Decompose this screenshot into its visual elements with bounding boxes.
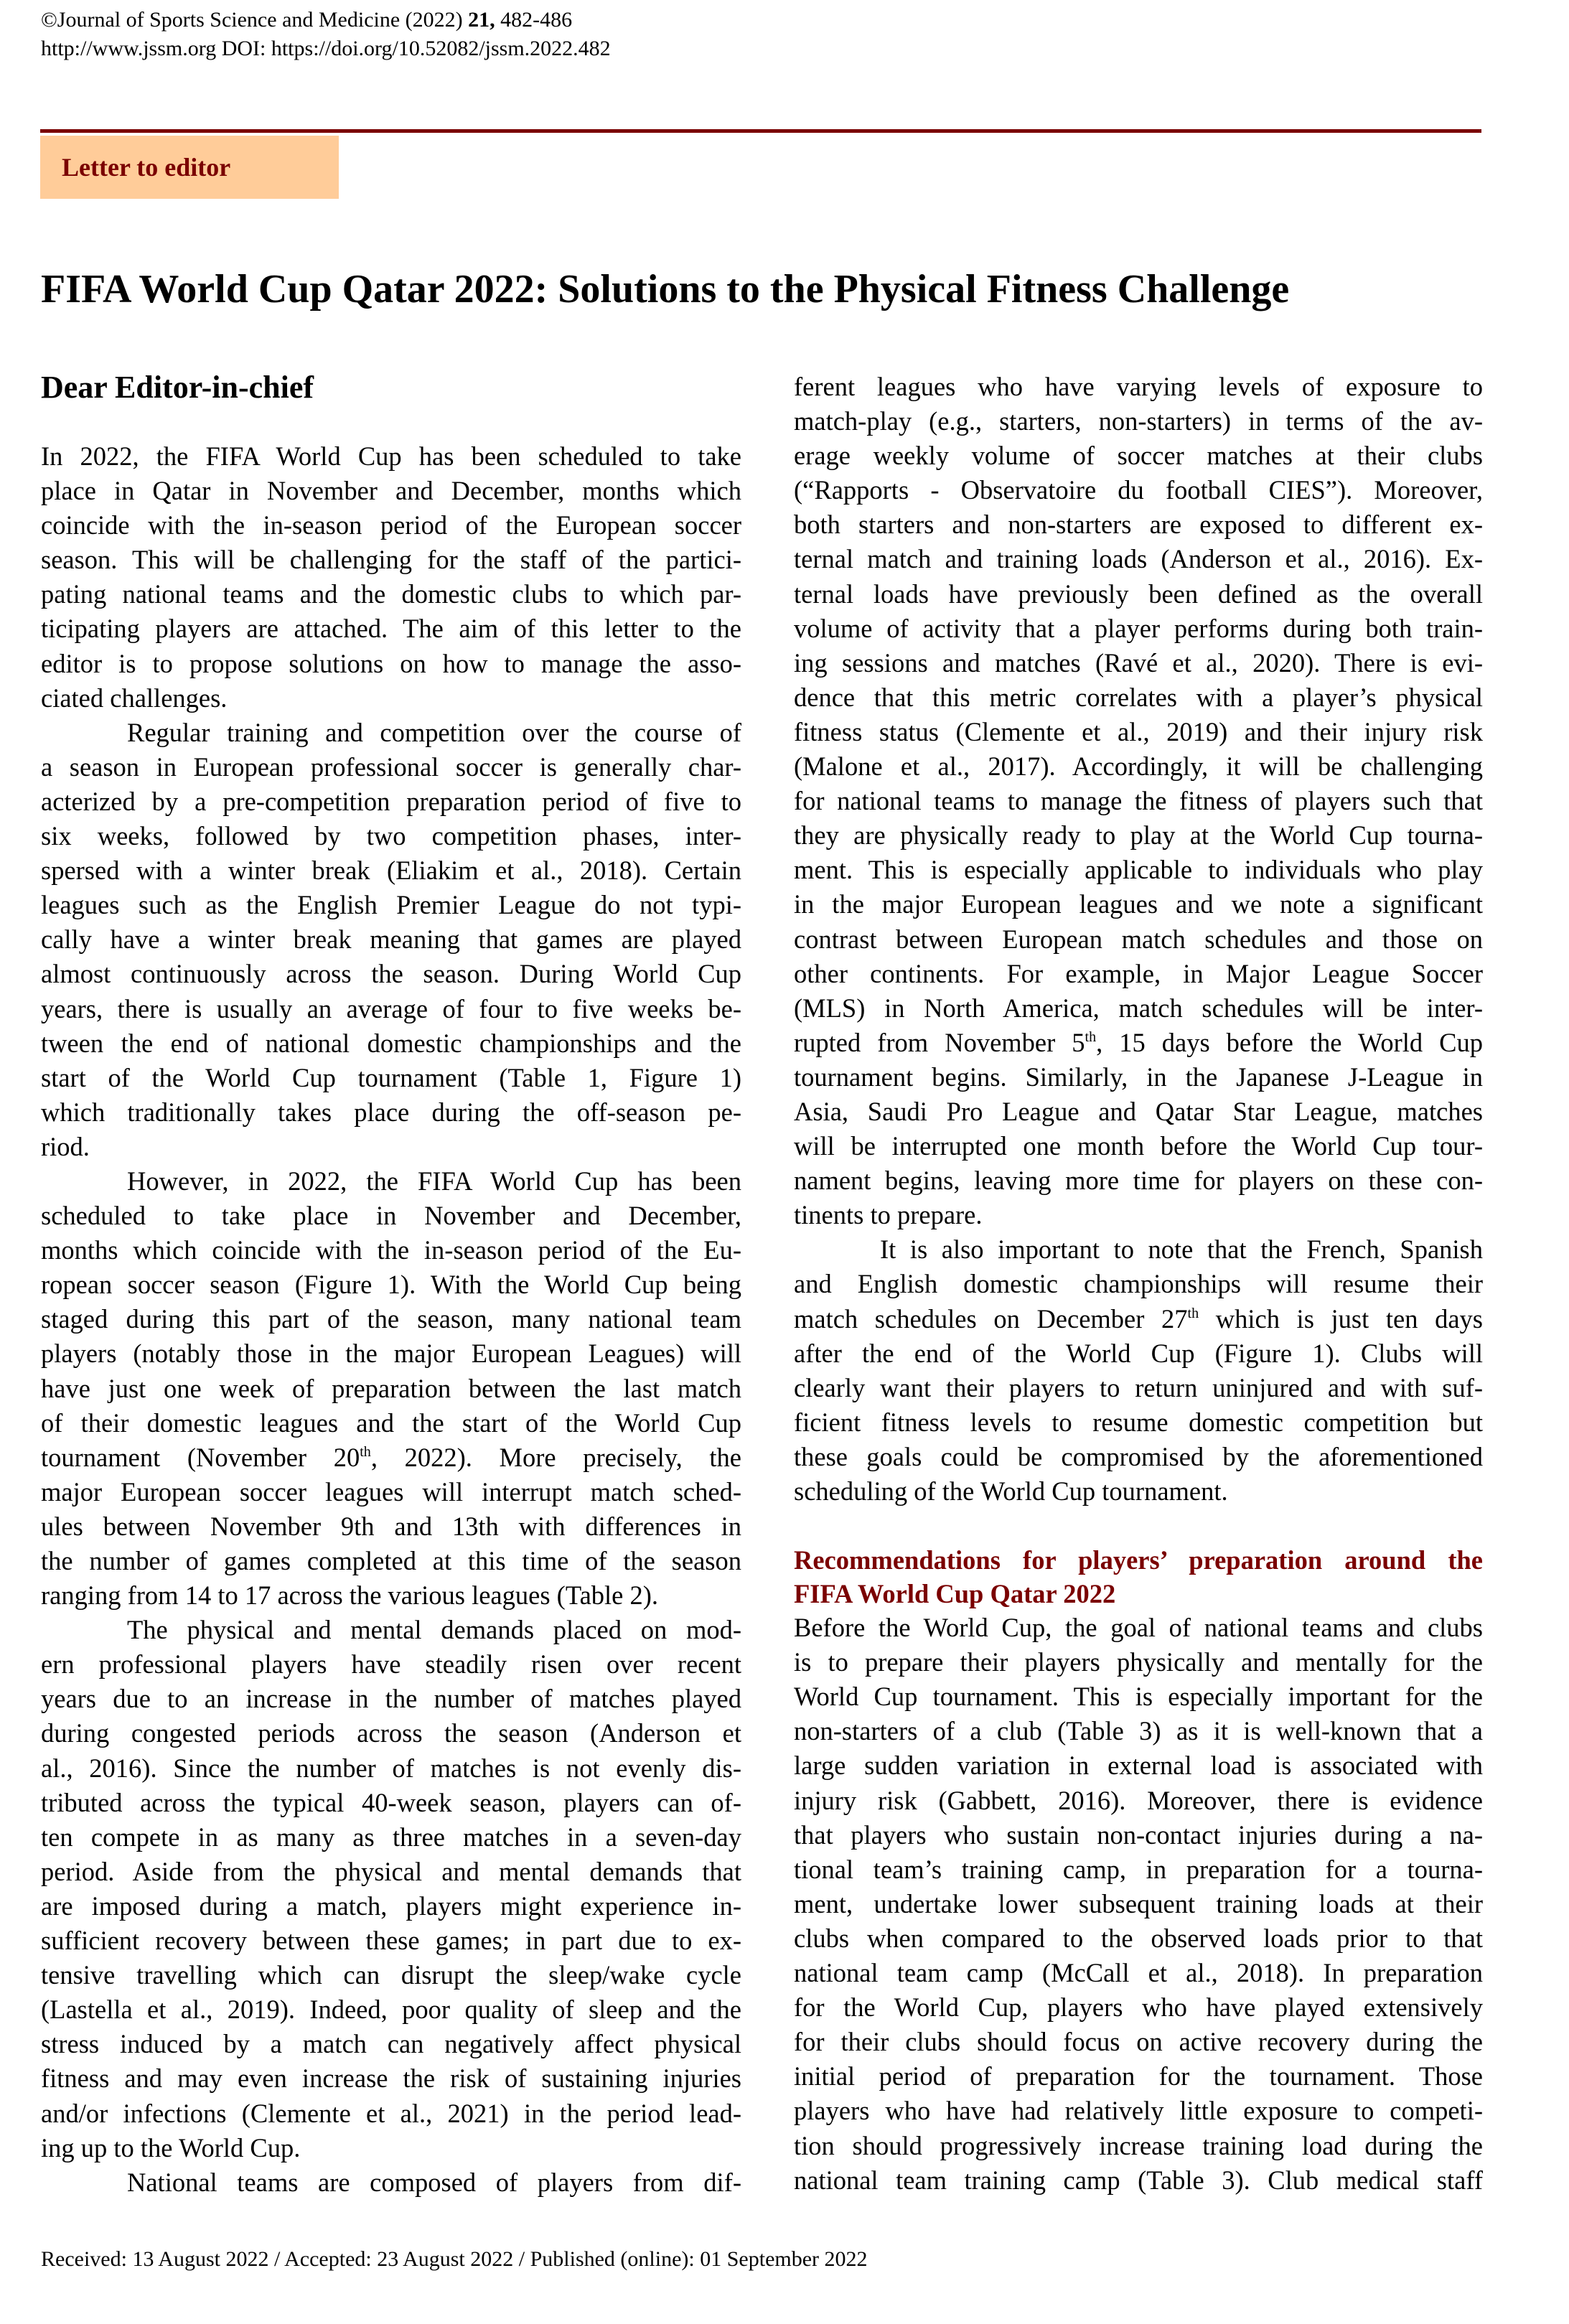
text-line: these goals could be compromised by the … <box>794 1440 1483 1474</box>
text-line: place in Qatar in November and December,… <box>41 474 741 508</box>
text-line: ternal loads have previously been define… <box>794 577 1483 612</box>
text-line: national team camp (McCall et al., 2018)… <box>794 1956 1483 1990</box>
text-line: ment, undertake lower subsequent trainin… <box>794 1887 1483 1921</box>
text-line: spersed with a winter break (Eliakim et … <box>41 853 741 888</box>
text-line: Before the World Cup, the goal of nation… <box>794 1611 1483 1645</box>
text-line: have just one week of preparation betwee… <box>41 1372 741 1406</box>
text-line: match-play (e.g., starters, non-starters… <box>794 404 1483 439</box>
text-line: sufficient recovery between these games;… <box>41 1924 741 1958</box>
text-line: tion should progressively increase train… <box>794 2129 1483 2163</box>
text-line: (“Rapports - Observatoire du football CI… <box>794 473 1483 507</box>
text-line: and English domestic championships will … <box>794 1267 1483 1301</box>
text-line: tournament (November 20th, 2022). More p… <box>41 1440 741 1475</box>
text-line: national team training camp (Table 3). C… <box>794 2163 1483 2198</box>
text-line: months which coincide with the in-season… <box>41 1233 741 1268</box>
text-fragment: , 15 days before the World Cup <box>1096 1028 1483 1057</box>
text-line: Asia, Saudi Pro League and Qatar Star Le… <box>794 1095 1483 1129</box>
text-line: (Lastella et al., 2019). Indeed, poor qu… <box>41 1992 741 2027</box>
text-line: period. Aside from the physical and ment… <box>41 1855 741 1889</box>
text-line: match schedules on December 27th which i… <box>794 1302 1483 1336</box>
text-line: rupted from November 5th, 15 days before… <box>794 1026 1483 1060</box>
ordinal-suffix: th <box>1085 1029 1097 1045</box>
text-line: World Cup tournament. This is especially… <box>794 1679 1483 1714</box>
text-fragment: tournament (November 20 <box>41 1443 360 1472</box>
text-line: that players who sustain non-contact inj… <box>794 1818 1483 1852</box>
text-line: ficient fitness levels to resume domesti… <box>794 1405 1483 1440</box>
section-heading-line: FIFA World Cup Qatar 2022 <box>794 1577 1483 1611</box>
text-line: players who have had relatively little e… <box>794 2094 1483 2128</box>
text-line: ules between November 9th and 13th with … <box>41 1509 741 1544</box>
ordinal-suffix: th <box>1188 1305 1199 1321</box>
text-line: dence that this metric correlates with a… <box>794 680 1483 715</box>
text-line: ten compete in as many as three matches … <box>41 1820 741 1855</box>
volume-number: 21, <box>468 8 495 32</box>
text-line: the number of games completed at this ti… <box>41 1544 741 1578</box>
text-line: ticipating players are attached. The aim… <box>41 612 741 646</box>
text-line: non-starters of a club (Table 3) as it i… <box>794 1714 1483 1748</box>
text-fragment: which is just ten days <box>1199 1304 1483 1334</box>
text-line: six weeks, followed by two competition p… <box>41 819 741 853</box>
text-line: cally have a winter break meaning that g… <box>41 922 741 957</box>
text-line: both starters and non-starters are expos… <box>794 507 1483 542</box>
text-line: years, there is usually an average of fo… <box>41 992 741 1026</box>
text-line: major European soccer leagues will inter… <box>41 1475 741 1509</box>
journal-header: ©Journal of Sports Science and Medicine … <box>41 6 611 63</box>
text-line: editor is to propose solutions on how to… <box>41 647 741 681</box>
text-line: al., 2016). Since the number of matches … <box>41 1751 741 1786</box>
text-line: The physical and mental demands placed o… <box>41 1613 741 1647</box>
text-line: for the World Cup, players who have play… <box>794 1990 1483 2025</box>
text-line: players (notably those in the major Euro… <box>41 1336 741 1371</box>
text-line: tensive travelling which can disrupt the… <box>41 1958 741 1992</box>
text-line: leagues such as the English Premier Leag… <box>41 888 741 922</box>
text-line: stress induced by a match can negatively… <box>41 2027 741 2061</box>
text-line: ing up to the World Cup. <box>41 2131 741 2165</box>
text-line: years due to an increase in the number o… <box>41 1682 741 1716</box>
page-range: 482-486 <box>495 8 573 32</box>
left-column: In 2022, the FIFA World Cup has been sch… <box>41 439 741 2200</box>
text-line: clearly want their players to return uni… <box>794 1371 1483 1405</box>
text-line: in the major European leagues and we not… <box>794 887 1483 922</box>
text-line: Regular training and competition over th… <box>41 716 741 750</box>
text-line: erage weekly volume of soccer matches at… <box>794 439 1483 473</box>
text-line: will be interrupted one month before the… <box>794 1129 1483 1163</box>
text-line: However, in 2022, the FIFA World Cup has… <box>41 1164 741 1199</box>
salutation-heading: Dear Editor-in-chief <box>41 368 314 407</box>
text-line: and/or infections (Clemente et al., 2021… <box>41 2096 741 2131</box>
text-line: tributed across the typical 40-week seas… <box>41 1786 741 1820</box>
text-line: initial period of preparation for the to… <box>794 2059 1483 2094</box>
text-line: ern professional players have steadily r… <box>41 1647 741 1682</box>
text-line: for their clubs should focus on active r… <box>794 2025 1483 2059</box>
text-line: (Malone et al., 2017). Accordingly, it w… <box>794 749 1483 784</box>
text-line: ropean soccer season (Figure 1). With th… <box>41 1268 741 1302</box>
text-fragment: rupted from November 5 <box>794 1028 1085 1057</box>
text-fragment: match schedules on December 27 <box>794 1304 1188 1334</box>
text-line: staged during this part of the season, m… <box>41 1302 741 1336</box>
text-line: ranging from 14 to 17 across the various… <box>41 1578 741 1613</box>
section-heading: Recommendations for players’ preparation… <box>794 1543 1483 1611</box>
text-fragment: , 2022). More precisely, the <box>371 1443 741 1472</box>
section-spacer <box>794 1509 1483 1543</box>
text-line: (MLS) in North America, match schedules … <box>794 991 1483 1026</box>
text-line: clubs when compared to the observed load… <box>794 1921 1483 1956</box>
text-line: scheduled to take place in November and … <box>41 1199 741 1233</box>
text-line: during congested periods across the seas… <box>41 1716 741 1751</box>
text-line: contrast between European match schedule… <box>794 922 1483 957</box>
text-line: a season in European professional soccer… <box>41 750 741 784</box>
text-line: are imposed during a match, players migh… <box>41 1889 741 1924</box>
text-line: for national teams to manage the fitness… <box>794 784 1483 818</box>
citation-line: ©Journal of Sports Science and Medicine … <box>41 6 611 34</box>
text-line: season. This will be challenging for the… <box>41 543 741 577</box>
text-line: tournament begins. Similarly, in the Jap… <box>794 1060 1483 1095</box>
text-line: other continents. For example, in Major … <box>794 957 1483 991</box>
text-line: coincide with the in-season period of th… <box>41 508 741 543</box>
text-line: which traditionally takes place during t… <box>41 1095 741 1130</box>
text-line: fitness and may even increase the risk o… <box>41 2061 741 2096</box>
doi-line[interactable]: http://www.jssm.org DOI: https://doi.org… <box>41 34 611 63</box>
text-line: tional team’s training camp, in preparat… <box>794 1852 1483 1887</box>
text-line: nament begins, leaving more time for pla… <box>794 1163 1483 1198</box>
journal-name: ©Journal of Sports Science and Medicine … <box>41 8 468 32</box>
text-line: injury risk (Gabbett, 2016). Moreover, t… <box>794 1784 1483 1818</box>
ordinal-suffix: th <box>360 1444 371 1460</box>
article-type-badge: Letter to editor <box>40 136 339 199</box>
article-type-label: Letter to editor <box>62 151 230 183</box>
text-line: tween the end of national domestic champ… <box>41 1026 741 1061</box>
text-line: National teams are composed of players f… <box>41 2165 741 2200</box>
text-line: scheduling of the World Cup tournament. <box>794 1474 1483 1509</box>
text-line: fitness status (Clemente et al., 2019) a… <box>794 715 1483 749</box>
text-line: almost continuously across the season. D… <box>41 957 741 991</box>
text-line: It is also important to note that the Fr… <box>794 1232 1483 1267</box>
text-line: acterized by a pre-competition preparati… <box>41 784 741 819</box>
text-line: riod. <box>41 1130 741 1164</box>
section-heading-line: Recommendations for players’ preparation… <box>794 1543 1483 1577</box>
text-line: volume of activity that a player perform… <box>794 612 1483 646</box>
text-line: large sudden variation in external load … <box>794 1748 1483 1783</box>
text-line: they are physically ready to play at the… <box>794 818 1483 853</box>
text-line: ferent leagues who have varying levels o… <box>794 370 1483 404</box>
text-line: is to prepare their players physically a… <box>794 1645 1483 1679</box>
article-title: FIFA World Cup Qatar 2022: Solutions to … <box>41 264 1289 314</box>
text-line: ciated challenges. <box>41 681 741 716</box>
text-line: pating national teams and the domestic c… <box>41 577 741 612</box>
text-line: start of the World Cup tournament (Table… <box>41 1061 741 1095</box>
text-line: tinents to prepare. <box>794 1198 1483 1232</box>
right-column: ferent leagues who have varying levels o… <box>794 370 1483 2198</box>
text-line: ternal match and training loads (Anderso… <box>794 542 1483 576</box>
text-line: ment. This is especially applicable to i… <box>794 853 1483 887</box>
publication-dates: Received: 13 August 2022 / Accepted: 23 … <box>41 2245 868 2274</box>
header-rule <box>40 129 1481 133</box>
text-line: ing sessions and matches (Ravé et al., 2… <box>794 646 1483 680</box>
text-line: after the end of the World Cup (Figure 1… <box>794 1336 1483 1371</box>
text-line: In 2022, the FIFA World Cup has been sch… <box>41 439 741 474</box>
text-line: of their domestic leagues and the start … <box>41 1406 741 1440</box>
